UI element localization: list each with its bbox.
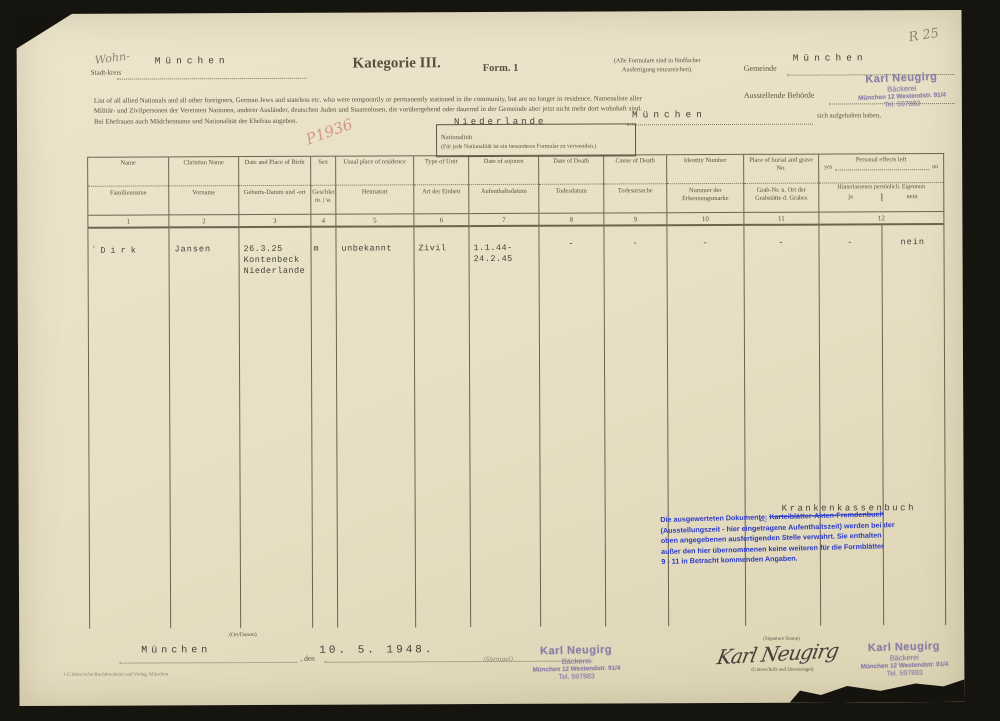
footer-date-typed: 10. 5. 1948. — [319, 644, 434, 657]
dotted-line — [117, 77, 307, 80]
col-header-de-line1: Geschlecht — [312, 189, 334, 197]
col-number: 12 — [819, 212, 943, 226]
krankenkassenbuch-typed: Krankenkassenbuch — [782, 503, 916, 514]
cell-sojourn-from: 1.1.44- — [473, 243, 538, 254]
col-header-de: Grab-Nr. u. Ort der Grabstätte d. Grabes — [744, 184, 818, 213]
city-typed-left: München — [155, 55, 230, 66]
cell-name: Dirk — [100, 246, 140, 256]
dotted-line — [627, 123, 813, 126]
printer-imprint: J.G.Weiss'sche Buchdruckerei und Verlag,… — [63, 672, 168, 677]
col-header-en: Name — [88, 157, 168, 186]
nationality-typed: Niederlande — [454, 117, 546, 127]
page-title: Kategorie III. — [297, 55, 497, 73]
col-header-en: Personal effects left yes no — [819, 154, 943, 184]
col-header-en: Usual place of residence — [336, 156, 413, 185]
handwritten-wohn: Wohn- — [94, 49, 130, 66]
cell-sojourn-to: 24.2.45 — [474, 254, 539, 265]
col-number: 3 — [239, 215, 310, 228]
pencil-tick: ' — [93, 245, 96, 256]
col-header-de: Hinterlassenes persönlich. Eigentum ja n… — [819, 183, 943, 213]
col-header-de: Vorname — [169, 186, 238, 215]
behoerde-label: Ausstellende Behörde — [744, 91, 814, 100]
col-header-en: Christian Name — [169, 157, 238, 186]
cell-christian-name: Jansen — [169, 228, 240, 628]
col-header-de: Heimatort — [336, 185, 413, 214]
issuer-stamp-top: Karl Neugirg Bäckerei München 12 Westend… — [831, 69, 972, 111]
cell-residence: unbekannt — [336, 227, 415, 627]
col-header-de-line2: m. | w. — [312, 197, 334, 205]
col-sex: Sex Geschlecht m. | w. 4 m — [311, 157, 338, 628]
col-header-en: Identity Number — [667, 155, 743, 184]
col-number: 5 — [336, 214, 413, 227]
col-header-en: Type of Unit — [414, 156, 468, 185]
blue-stamp-text: Die ausgewerteten Dokumente: Karteiblätt… — [660, 508, 925, 568]
col-sojourn: Date of sojourn Aufenthaltsdatum 7 1.1.4… — [469, 156, 541, 627]
cell-death-cause: - — [604, 226, 668, 626]
col-header-de: Geburts-Datum und -ort — [239, 186, 310, 215]
col-header-de: Aufenthaltsdatum — [469, 185, 538, 214]
col-header-en: Date of Death — [539, 156, 603, 185]
dotted-line — [835, 169, 929, 170]
col-christian-name: Christian Name Vorname 2 Jansen — [169, 157, 241, 628]
col-header-de: Geschlecht m. | w. — [311, 186, 335, 215]
col-number: 7 — [469, 214, 538, 227]
nationality-box: Nationalität (Für jede Nationalität ist … — [436, 123, 636, 157]
nein-label: nein — [882, 193, 943, 202]
cell-death-date: - — [539, 227, 605, 627]
col-number: 1 — [88, 215, 168, 228]
col-number: 6 — [414, 214, 468, 227]
col-header-de: Nummer der Erkennungsmarke — [667, 184, 743, 213]
cell-birth-place: Kontenbeck — [244, 255, 311, 266]
cell-birth-country: Niederlande — [244, 266, 311, 277]
ort-datum-label: (Ort/Datum) — [229, 632, 257, 638]
col-header-de: Todesursache — [604, 184, 666, 213]
nationality-note: (Für jede Nationalität ist ein besondere… — [441, 143, 631, 150]
col-death-date: Date of Death Todesdatum 8 - — [539, 156, 606, 627]
issuer-stamp-right: Karl Neugirg Bäckerei München 12 Westend… — [829, 639, 980, 680]
copies-note-line2: Ausfertigung einzureichen). — [595, 65, 720, 74]
col-residence: Usual place of residence Heimatort 5 unb… — [336, 156, 416, 627]
col-name: Name Familienname 1 ' Dirk — [87, 157, 171, 628]
yes-label: yes — [824, 165, 832, 173]
den-label: , den — [300, 654, 315, 663]
footer-place-typed: München — [141, 645, 211, 656]
cell-birth-date: 26.3.25 — [244, 244, 311, 255]
gemeinde-typed: München — [793, 52, 868, 63]
col-header-en: Date and Place of Birth — [239, 157, 310, 186]
ja-nein-row: ja nein — [820, 193, 942, 202]
stamp-phone: Tel. 597883 — [507, 672, 647, 683]
cell-effects-ja: - — [819, 225, 883, 625]
col-unit: Type of Unit Art der Einheit 6 Zivil — [414, 156, 471, 627]
col-number: 9 — [604, 213, 666, 226]
blue-stamp-line1-prefix: Die ausgewerteten Dokumente: — [660, 512, 767, 524]
intro-german-suffix: sich aufgehalten haben, — [817, 112, 881, 119]
pencil-annotation-r25: R 25 — [908, 26, 940, 46]
no-label: no — [932, 164, 938, 172]
gemeinde-label: Gemeinde — [744, 64, 777, 73]
scan-corner-shadow — [15, 13, 73, 49]
col-number: 11 — [744, 213, 818, 226]
col-header-en: Place of burial and grave No. — [744, 155, 818, 184]
cell-burial: - — [744, 226, 820, 626]
col-header-de: Art der Einheit — [414, 185, 468, 214]
col-header-de: Familienname — [88, 186, 168, 215]
col-header-en: Sex — [311, 157, 335, 186]
col-birth: Date and Place of Birth Geburts-Datum un… — [239, 157, 313, 628]
col-number: 10 — [667, 213, 743, 226]
col-death-cause: Cause of Death Todesursache 9 - — [604, 155, 669, 626]
handwritten-signature: Karl Neugirg — [715, 638, 840, 669]
ja-label: ja — [820, 193, 882, 202]
col-header-en: Cause of Death — [604, 155, 666, 184]
yes-no-row: yes no — [820, 164, 942, 172]
gemeinde-typed-body: München — [632, 109, 707, 120]
col-number: 2 — [169, 215, 238, 228]
cell-effects: - nein — [819, 225, 945, 626]
col-number: 8 — [539, 214, 603, 227]
document-sheet: R 25 P1936 Wohn- Stadt-kreis München Kat… — [16, 10, 964, 706]
cell-unit: Zivil — [414, 227, 470, 627]
col-header-de-label: Hinterlassenes persönlich. Eigentum — [820, 184, 942, 192]
col-number: 4 — [311, 215, 335, 228]
issuer-stamp-center: Karl Neugirg Bäckerei München 12 Westend… — [506, 643, 647, 683]
col-header-de: Todesdatum — [539, 185, 603, 214]
form-number: Form. 1 — [483, 63, 519, 74]
col-header-en: Date of sojourn — [469, 156, 538, 185]
stadtkreis-label: Stadt-kreis — [91, 69, 121, 77]
dotted-line — [119, 661, 297, 664]
nationality-label: Nationalität — [441, 134, 472, 141]
cell-effects-nein: nein — [882, 225, 945, 625]
cell-sex: m — [311, 228, 337, 628]
intro-english: List of all allied Nationals and all oth… — [94, 96, 592, 105]
signature-label-bottom: (Unterschrift und Dienstsiegel) — [751, 668, 813, 673]
